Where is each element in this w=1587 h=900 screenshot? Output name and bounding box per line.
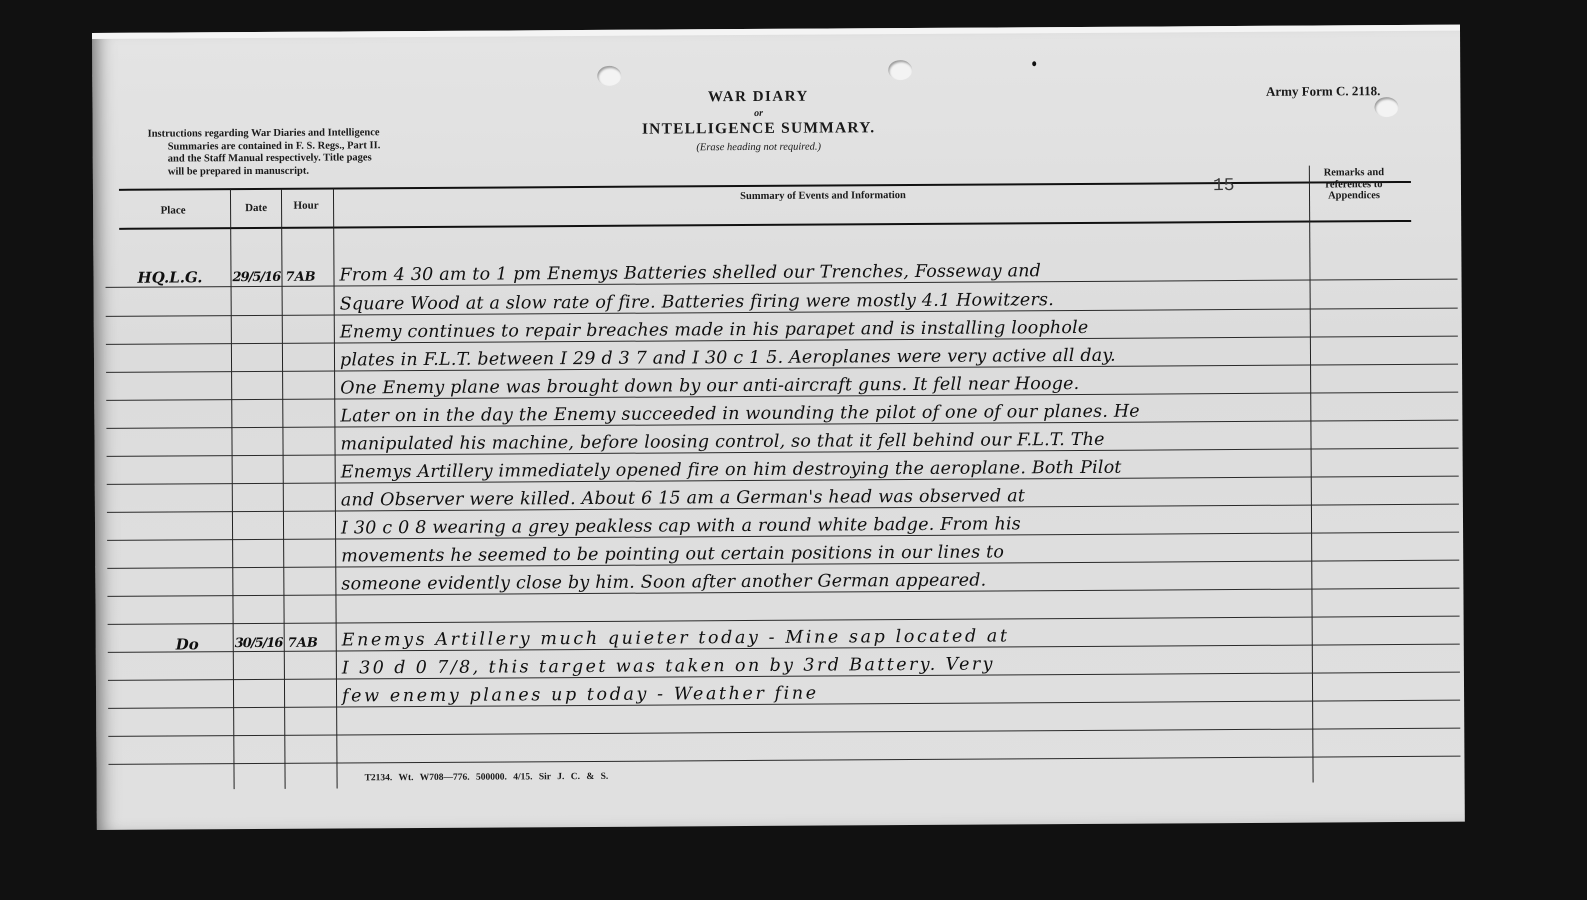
col-header-date: Date [233,202,279,214]
page-number: 15 [1213,176,1235,196]
entry-line: someone evidently close by him. Soon aft… [341,571,986,595]
ruled-line [108,756,1460,765]
title-or: or [600,107,916,120]
col-divider [333,189,338,789]
punch-hole [597,66,621,86]
entry-date: 29/5/16 [232,270,280,285]
remarks-line: Remarks and [1311,167,1397,179]
col-header-hour: Hour [283,200,329,212]
col-header-place: Place [133,204,213,216]
ruled-line [108,728,1460,737]
war-diary-sheet: Instructions regarding War Diaries and I… [92,25,1465,830]
print-footer: T2134. Wt. W708—776. 500000. 4/15. Sir J… [365,772,609,783]
entry-line: I 30 d 0 7/8, this target was taken on b… [342,654,995,678]
entry-line: From 4 30 am to 1 pm Enemys Batteries sh… [339,261,1041,285]
entry-hour: 7AB [288,636,318,651]
ink-spot [1032,61,1036,66]
col-header-summary: Summary of Events and Information [593,189,1053,203]
header-bottom-rule [119,220,1411,230]
remarks-line: references to [1311,179,1397,191]
entry-line: Enemys Artillery much quieter today - Mi… [342,626,1010,650]
form-title: WAR DIARY or INTELLIGENCE SUMMARY. (Eras… [600,88,916,154]
entry-date: 30/5/16 [235,636,283,651]
punch-hole [888,60,912,80]
instructions-line: Instructions regarding War Diaries and I… [148,127,380,139]
col-header-remarks: Remarks and references to Appendices [1311,167,1397,202]
ruled-line [108,616,1460,625]
instructions-block: Instructions regarding War Diaries and I… [148,127,488,179]
instructions-line: will be prepared in manuscript. [148,164,488,179]
title-war-diary: WAR DIARY [600,88,916,107]
form-number: Army Form C. 2118. [1266,83,1381,100]
title-intelligence-summary: INTELLIGENCE SUMMARY. [601,119,917,139]
entry-hour: 7AB [285,270,315,285]
col-divider [1309,166,1314,783]
entry-line: I 30 c 0 8 wearing a grey peakless cap w… [341,514,1021,538]
entry-line: few enemy planes up today - Weather fine [342,684,819,707]
remarks-line: Appendices [1311,190,1397,202]
title-note: (Erase heading not required.) [601,141,917,154]
entry-line: and Observer were killed. About 6 15 am … [341,486,1025,510]
entry-place: Do [176,635,199,653]
entry-place: HQ.L.G. [137,268,202,286]
punch-hole [1374,97,1398,117]
entry-line: movements he seemed to be pointing out c… [341,542,1004,566]
